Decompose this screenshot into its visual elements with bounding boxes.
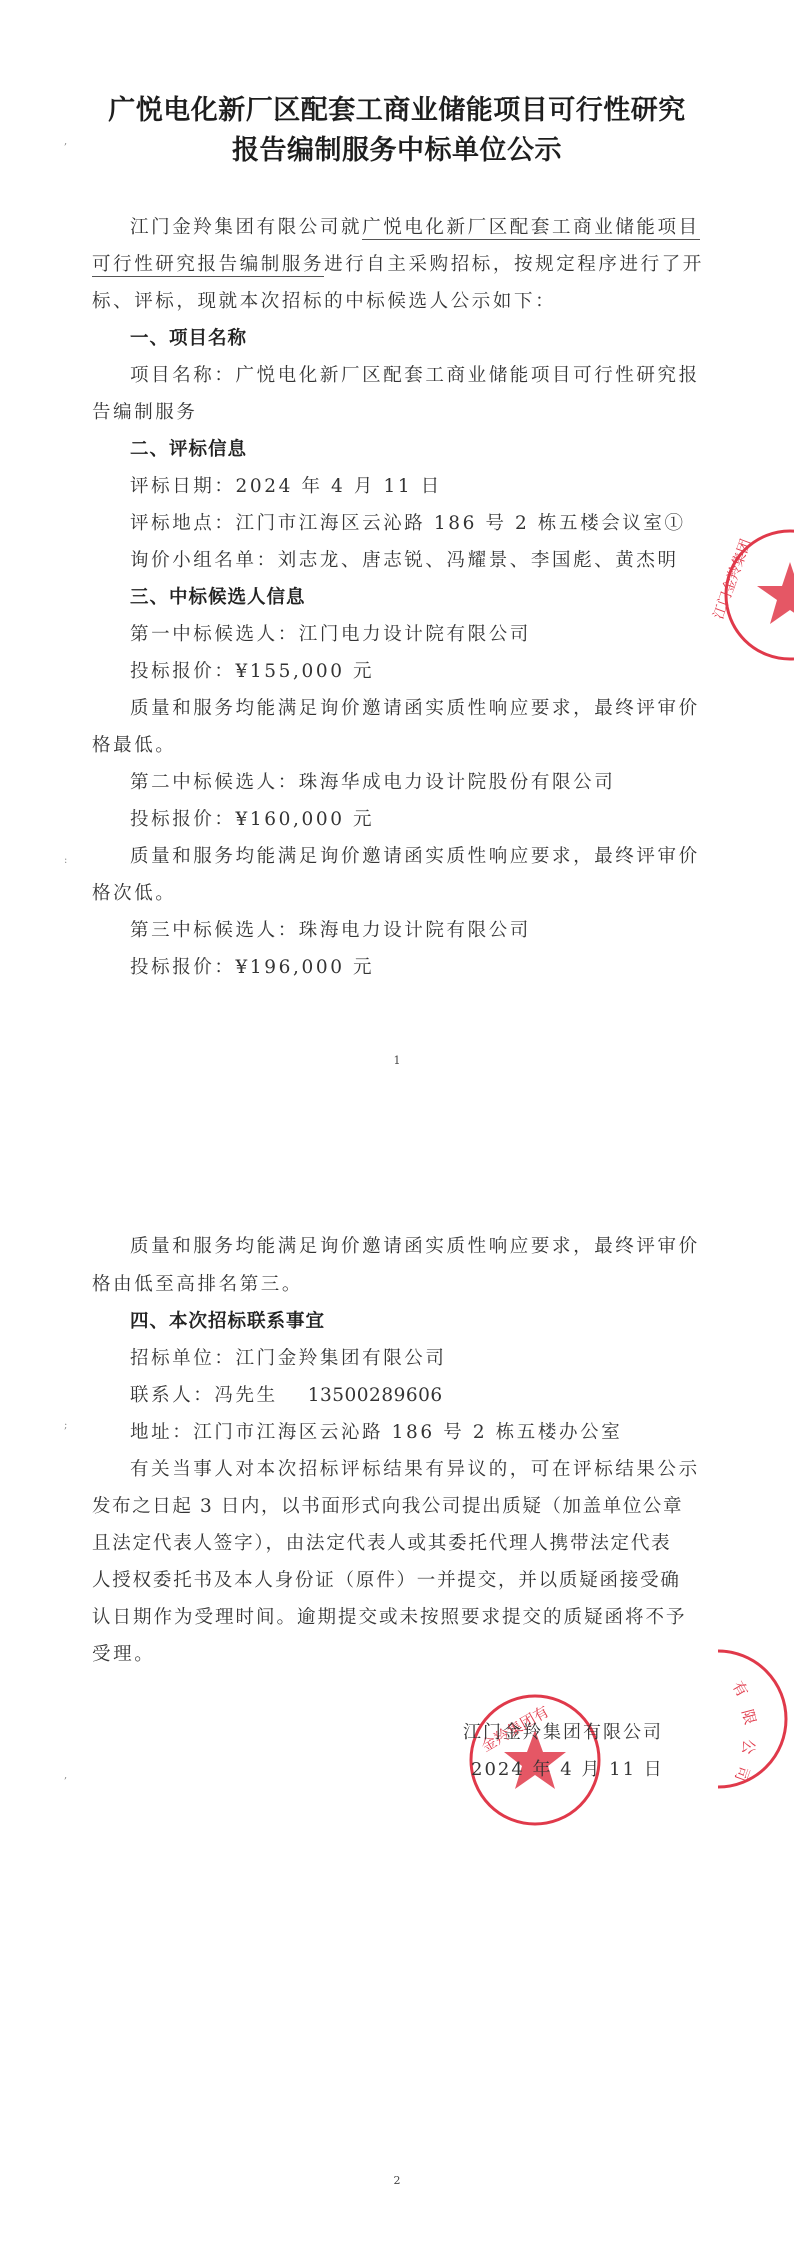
- project-name-underlined: 可行性研究报告编制服务: [92, 254, 324, 277]
- intro-line-3: 标、评标，现就本次招标的中标候选人公示如下：: [92, 287, 712, 313]
- candidate-3-note-line-1: 质量和服务均能满足询价邀请函实质性响应要求，最终评审价: [130, 1232, 712, 1258]
- section-heading-project-name: 一、项目名称: [130, 324, 712, 350]
- candidate-2-note-line-1: 质量和服务均能满足询价邀请函实质性响应要求，最终评审价: [130, 842, 712, 868]
- scan-speck: ,: [64, 1770, 67, 1781]
- scan-speck: :: [64, 855, 67, 866]
- intro-text: 江门金羚集团有限公司就: [130, 217, 362, 238]
- tender-org: 招标单位：江门金羚集团有限公司: [130, 1344, 712, 1370]
- company-seal-icon: 江门金羚集团: [700, 520, 794, 670]
- contact-phone: 13500289606: [308, 1385, 443, 1406]
- evaluation-panel: 询价小组名单：刘志龙、唐志锐、冯耀景、李国彪、黄杰明: [130, 546, 712, 572]
- page-number-1: 1: [0, 1054, 794, 1067]
- evaluation-date: 评标日期：2024 年 4 月 11 日: [130, 472, 712, 498]
- svg-text:江门金羚集团: 江门金羚集团: [710, 537, 755, 622]
- document-title-line-1: 广悦电化新厂区配套工商业储能项目可行性研究: [0, 88, 794, 127]
- contact-person: 联系人：冯先生13500289606: [130, 1381, 712, 1407]
- scan-speck: ,: [64, 136, 67, 147]
- intro-line-1: 江门金羚集团有限公司就广悦电化新厂区配套工商业储能项目: [130, 213, 712, 239]
- intro-line-2: 可行性研究报告编制服务进行自主采购招标，按规定程序进行了开: [92, 250, 712, 276]
- document-title-line-2: 报告编制服务中标单位公示: [0, 128, 794, 167]
- candidate-3-note-line-2: 格由低至高排名第三。: [92, 1270, 712, 1296]
- candidate-3-price: 投标报价：¥196,000 元: [130, 953, 712, 979]
- candidate-1-note-line-2: 格最低。: [92, 731, 712, 757]
- objection-line-1: 有关当事人对本次招标评标结果有异议的，可在评标结果公示: [130, 1455, 712, 1481]
- signature-company: 江门金羚集团有限公司: [463, 1718, 663, 1744]
- evaluation-location: 评标地点：江门市江海区云沁路 186 号 2 栋五楼会议室①: [130, 509, 712, 535]
- section-heading-candidates: 三、中标候选人信息: [130, 583, 712, 609]
- candidate-3-name: 第三中标候选人：珠海电力设计院有限公司: [130, 916, 712, 942]
- objection-line-6: 受理。: [92, 1640, 712, 1666]
- svg-text:司: 司: [731, 1764, 753, 1784]
- objection-line-3: 且法定代表人签字），由法定代表人或其委托代理人携带法定代表: [92, 1529, 712, 1555]
- section-heading-contact: 四、本次招标联系事宜: [130, 1307, 712, 1333]
- page-number-2: 2: [0, 2174, 794, 2187]
- contact-name: 联系人：冯先生: [130, 1385, 278, 1406]
- signature-date: 2024 年 4 月 11 日: [471, 1755, 664, 1781]
- intro-text: 进行自主采购招标，按规定程序进行了开: [324, 254, 704, 275]
- svg-text:公: 公: [739, 1739, 758, 1756]
- project-name-line-1: 项目名称：广悦电化新厂区配套工商业储能项目可行性研究报: [130, 361, 712, 387]
- section-heading-evaluation-info: 二、评标信息: [130, 435, 712, 461]
- candidate-1-price: 投标报价：¥155,000 元: [130, 657, 712, 683]
- scan-speck: ;: [64, 1420, 67, 1431]
- candidate-1-note-line-1: 质量和服务均能满足询价邀请函实质性响应要求，最终评审价: [130, 694, 712, 720]
- objection-line-2: 发布之日起 3 日内，以书面形式向我公司提出质疑（加盖单位公章: [92, 1492, 712, 1518]
- project-name-line-2: 告编制服务: [92, 398, 712, 424]
- objection-line-5: 认日期作为受理时间。逾期提交或未按照要求提交的质疑函将不予: [92, 1603, 712, 1629]
- company-seal-partial-icon: 有 限 公 司: [714, 1645, 794, 1795]
- svg-text:限: 限: [738, 1707, 759, 1726]
- candidate-2-price: 投标报价：¥160,000 元: [130, 805, 712, 831]
- svg-text:有: 有: [729, 1678, 752, 1700]
- candidate-2-name: 第二中标候选人：珠海华成电力设计院股份有限公司: [130, 768, 712, 794]
- candidate-2-note-line-2: 格次低。: [92, 879, 712, 905]
- objection-line-4: 人授权委托书及本人身份证（原件）一并提交，并以质疑函接受确: [92, 1566, 712, 1592]
- candidate-1-name: 第一中标候选人：江门电力设计院有限公司: [130, 620, 712, 646]
- contact-address: 地址：江门市江海区云沁路 186 号 2 栋五楼办公室: [130, 1418, 712, 1444]
- project-name-underlined: 广悦电化新厂区配套工商业储能项目: [362, 217, 700, 240]
